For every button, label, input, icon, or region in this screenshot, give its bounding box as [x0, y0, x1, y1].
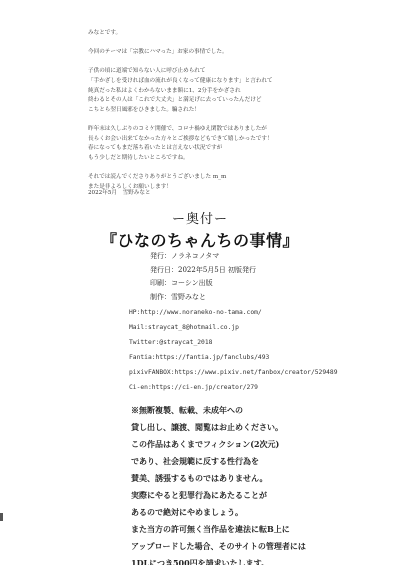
meta-publisher: 発行：ノラネコノタマ	[150, 250, 256, 264]
link-label: Twitter	[129, 339, 156, 346]
copyright-notice: ※無断複製、転載、未成年への 貸し出し、譲渡、閲覧はお止めください。 この作品は…	[131, 402, 306, 565]
link-label: HP	[129, 309, 137, 316]
colophon-heading: ー奥付ー	[0, 208, 400, 227]
notice-line: 実際にやると犯罪行為にあたることが	[131, 487, 306, 504]
link-value: @straycat_2018	[159, 339, 212, 346]
meta-label: 発行日	[150, 266, 171, 274]
notice-line: であり、社会規範に反する性行為を	[131, 453, 306, 470]
afterword-paragraph: 昨年末は久しぶりのコミケ開催で、コロナ禍ゆえ閑散ではありましたが 長らくお会い出…	[88, 125, 388, 163]
link-fanbox: pixivFANBOX:https://www.pixiv.net/fanbox…	[129, 365, 338, 380]
meta-value: ノラネコノタマ	[171, 252, 219, 260]
link-label: Ci-en	[129, 384, 148, 391]
link-label: Fantia	[129, 354, 152, 361]
colophon-meta: 発行：ノラネコノタマ 発行日：2022年5月5日 初版発行 印刷：コーシン出版 …	[150, 250, 256, 304]
meta-printer: 印刷：コーシン出版	[150, 277, 256, 291]
link-value: https://fantia.jp/fanclubs/493	[156, 354, 270, 361]
link-ci-en: Ci-en:https://ci-en.jp/creator/279	[129, 380, 338, 395]
notice-line: この作品はあくまでフィクション(2次元)	[131, 436, 306, 453]
book-title: 『ひなのちゃんちの事情』	[0, 228, 400, 251]
meta-value: 雪野みなと	[171, 293, 206, 301]
link-value: https://www.pixiv.net/fanbox/creator/529…	[175, 369, 338, 376]
link-fantia: Fantia:https://fantia.jp/fanclubs/493	[129, 350, 338, 365]
notice-line: 賛美、誘張するものではありません。	[131, 470, 306, 487]
afterword-signature: 2022年5月 雪野みなと	[88, 188, 151, 196]
link-twitter: Twitter:@straycat_2018	[129, 335, 338, 350]
afterword-paragraph: みなとです。	[88, 29, 388, 39]
notice-line: また当方の許可無く当作品を違法に転B上に	[131, 521, 306, 538]
meta-production: 制作：雪野みなと	[150, 291, 256, 305]
notice-line: あるので絶対にやめましょう。	[131, 504, 306, 521]
link-value: straycat_8@hotmail.co.jp	[148, 324, 239, 331]
notice-line: アップロードした場合、そのサイトの管理者には	[131, 538, 306, 555]
link-label: pixivFANBOX	[129, 369, 171, 376]
afterword-paragraph: 今回のテーマは「宗教にハマった」お家の事情でした。	[88, 48, 388, 58]
afterword-paragraph: 子供の頃に道端で知らない人に呼び止められて 「手かざしを受ければ血の流れが良くな…	[88, 67, 388, 115]
link-value: https://ci-en.jp/creator/279	[152, 384, 258, 391]
contact-links: HP:http://www.noraneko-no-tama.com/ Mail…	[129, 305, 338, 395]
meta-value: 2022年5月5日 初版発行	[178, 266, 256, 274]
link-value: http://www.noraneko-no-tama.com/	[140, 309, 261, 316]
notice-line: 貸し出し、譲渡、閲覧はお止めください。	[131, 419, 306, 436]
afterword: みなとです。 今回のテーマは「宗教にハマった」お家の事情でした。 子供の頃に道端…	[88, 29, 388, 202]
link-label: Mail	[129, 324, 144, 331]
meta-value: コーシン出版	[171, 279, 213, 287]
link-mail: Mail:straycat_8@hotmail.co.jp	[129, 320, 338, 335]
notice-line: ※無断複製、転載、未成年への	[131, 402, 306, 419]
meta-publish-date: 発行日：2022年5月5日 初版発行	[150, 264, 256, 278]
meta-label: 発行	[150, 252, 164, 260]
meta-label: 印刷	[150, 279, 164, 287]
meta-label: 制作	[150, 293, 164, 301]
link-hp: HP:http://www.noraneko-no-tama.com/	[129, 305, 338, 320]
notice-line: 1DLにつき500円を請求いたします。	[131, 555, 306, 565]
page-edge-mark	[0, 513, 3, 521]
